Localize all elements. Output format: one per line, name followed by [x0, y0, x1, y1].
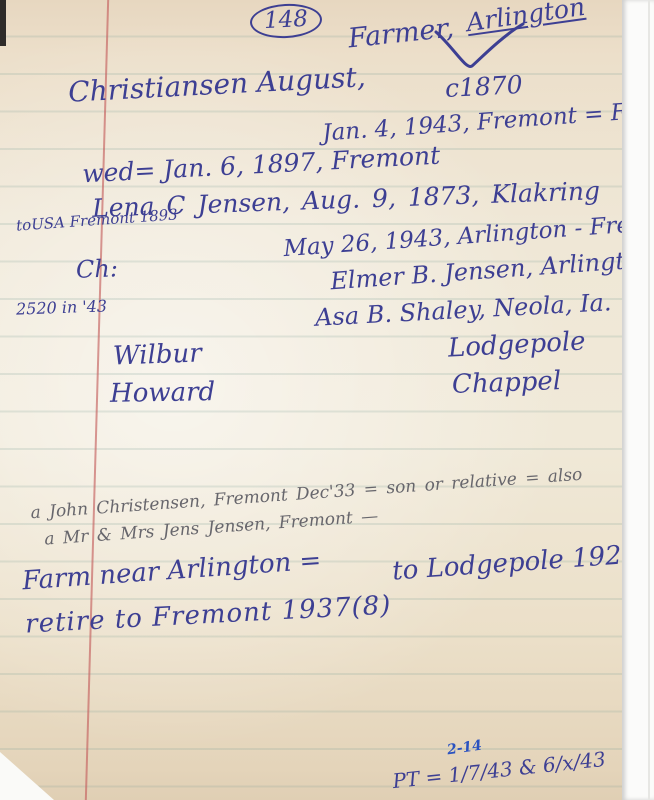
scanned-record-page: 148 Farmer, Arlington Christiansen Augus…: [0, 0, 654, 800]
page-number-badge: 148: [249, 2, 323, 40]
birth-year: c1870: [444, 70, 523, 103]
children-label: Ch:: [76, 254, 119, 283]
child-place: Chappel: [452, 366, 562, 400]
census-note: 2520 in '43: [16, 296, 108, 318]
page-number: 148: [249, 2, 323, 40]
scanner-edge-line: [648, 0, 650, 800]
child-name: Wilbur: [113, 338, 203, 371]
child-name: Howard: [110, 377, 216, 409]
scan-edge-artifact: [0, 0, 6, 46]
